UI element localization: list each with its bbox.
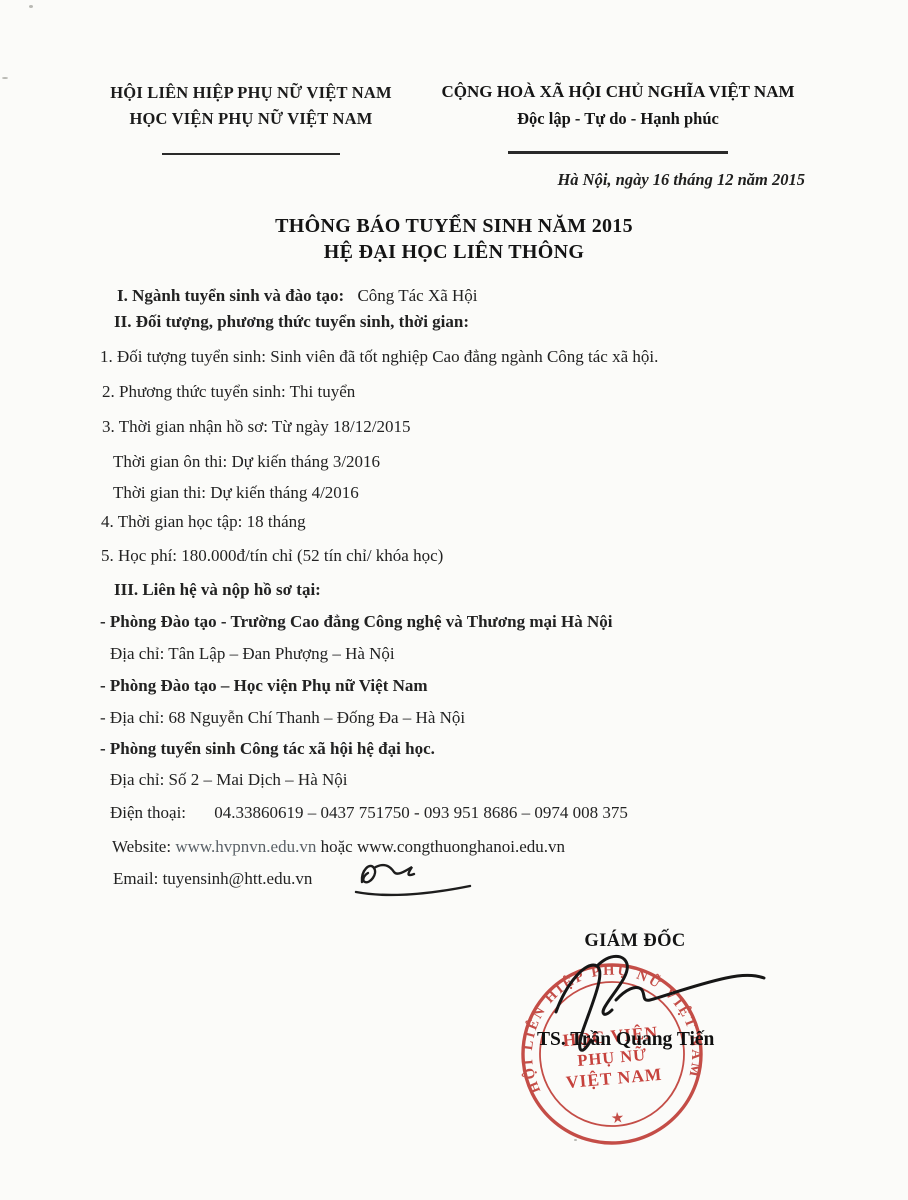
website-url-1: www.hvpnvn.edu.vn <box>175 837 316 856</box>
notice-title-line2: HỆ ĐẠI HỌC LIÊN THÔNG <box>0 241 908 264</box>
section-2-label: II. Đối tượng, phương thức tuyển sinh, t… <box>114 312 469 332</box>
item-tuition: 5. Học phí: 180.000đ/tín chỉ (52 tín chỉ… <box>101 546 443 566</box>
website-url-2: www.congthuonghanoi.edu.vn <box>357 837 565 856</box>
item-eligibility: 1. Đối tượng tuyển sinh: Sinh viên đã tố… <box>100 347 658 367</box>
dateline: Hà Nội, ngày 16 tháng 12 năm 2015 <box>470 170 805 190</box>
section-1-value: Công Tác Xã Hội <box>357 286 477 305</box>
director-signature <box>540 948 775 1073</box>
email-label: Email: <box>113 869 158 888</box>
contact-1-name: - Phòng Đào tạo - Trường Cao đẳng Công n… <box>100 612 612 632</box>
national-motto-line1: CỘNG HOÀ XÃ HỘI CHỦ NGHĨA VIỆT NAM <box>432 78 804 105</box>
email-line: Email: tuyensinh@htt.edu.vn <box>113 869 312 889</box>
national-motto-line2: Độc lập - Tự do - Hạnh phúc <box>432 105 804 132</box>
contact-3-name: - Phòng tuyển sinh Công tác xã hội hệ đạ… <box>100 739 435 759</box>
website-line: Website: www.hvpnvn.edu.vn hoặc www.cong… <box>112 837 565 857</box>
national-header-block: CỘNG HOÀ XÃ HỘI CHỦ NGHĨA VIỆT NAM Độc l… <box>432 78 804 132</box>
website-label: Website: <box>112 837 171 856</box>
header-right-rule <box>508 151 728 154</box>
item-review-time: Thời gian ôn thi: Dự kiến tháng 3/2016 <box>113 452 380 472</box>
header-left-rule <box>162 153 340 155</box>
section-1-line: I. Ngành tuyển sinh và đào tạo: Công Tác… <box>117 286 478 306</box>
issuing-org-block: HỘI LIÊN HIỆP PHỤ NỮ VIỆT NAM HỌC VIỆN P… <box>105 80 397 132</box>
org-parent-name: HỘI LIÊN HIỆP PHỤ NỮ VIỆT NAM <box>105 80 397 106</box>
item-application-period: 3. Thời gian nhận hồ sơ: Từ ngày 18/12/2… <box>102 417 410 437</box>
scan-speck <box>2 77 8 79</box>
website-conjunction: hoặc <box>321 837 353 856</box>
contact-2-name: - Phòng Đào tạo – Học viện Phụ nữ Việt N… <box>100 676 428 696</box>
handwritten-initials <box>348 856 488 902</box>
contact-3-address: Địa chỉ: Số 2 – Mai Dịch – Hà Nội <box>110 770 348 790</box>
section-3-label: III. Liên hệ và nộp hồ sơ tại: <box>114 580 321 600</box>
phone-line: Điện thoại: 04.33860619 – 0437 751750 - … <box>110 803 628 823</box>
scanned-document-page: HỘI LIÊN HIỆP PHỤ NỮ VIỆT NAM HỌC VIỆN P… <box>0 0 908 1200</box>
notice-title-line1: THÔNG BÁO TUYỂN SINH NĂM 2015 <box>0 215 908 238</box>
item-study-duration: 4. Thời gian học tập: 18 tháng <box>101 512 306 532</box>
item-exam-time: Thời gian thi: Dự kiến tháng 4/2016 <box>113 483 359 503</box>
contact-2-address: - Địa chỉ: 68 Nguyễn Chí Thanh – Đống Đa… <box>100 708 465 728</box>
signer-name: TS. Trần Quang Tiến <box>537 1029 714 1051</box>
org-name: HỌC VIỆN PHỤ NỮ VIỆT NAM <box>105 106 397 132</box>
phone-numbers: 04.33860619 – 0437 751750 - 093 951 8686… <box>214 803 628 822</box>
scan-speck <box>29 5 33 8</box>
item-method: 2. Phương thức tuyển sinh: Thi tuyển <box>102 382 355 402</box>
stamp-star-icon: ★ <box>610 1110 625 1127</box>
email-address: tuyensinh@htt.edu.vn <box>163 869 313 888</box>
contact-1-address: Địa chỉ: Tân Lập – Đan Phượng – Hà Nội <box>110 644 395 664</box>
section-1-label: I. Ngành tuyển sinh và đào tạo: <box>117 286 344 305</box>
phone-label: Điện thoại: <box>110 803 186 822</box>
